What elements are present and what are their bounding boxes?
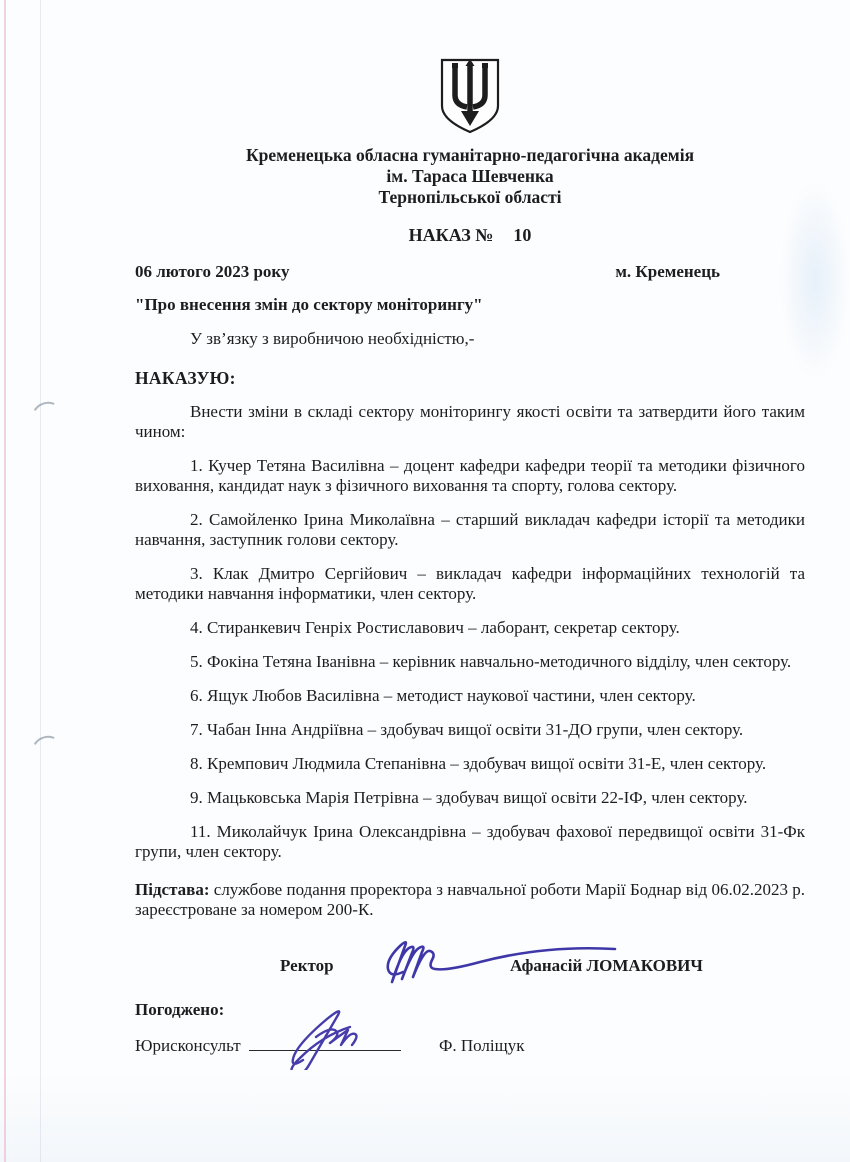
- order-item-4: 4. Стиранкевич Генріх Ростиславович – ла…: [135, 618, 805, 638]
- organization-name: Кременецька обласна гуманітарно-педагогі…: [135, 145, 805, 208]
- rector-signature-row: Ректор Афанасій ЛОМАКОВИЧ: [135, 956, 805, 982]
- order-place: м. Кременець: [615, 262, 805, 282]
- date-place-row: 06 лютого 2023 року м. Кременець: [135, 262, 805, 282]
- basis-text: службове подання проректора з навчальної…: [135, 880, 805, 919]
- document-page: Кременецька обласна гуманітарно-педагогі…: [135, 0, 805, 1057]
- legal-label: Юрисконсульт: [135, 1036, 241, 1055]
- coat-of-arms: [135, 57, 805, 135]
- agreed-label: Погоджено:: [135, 1000, 805, 1020]
- basis-paragraph: Підстава: службове подання проректора з …: [135, 880, 805, 920]
- rector-label: Ректор: [280, 956, 334, 976]
- legal-signature: [273, 1004, 393, 1070]
- order-label: НАКАЗ №: [409, 225, 494, 245]
- scan-shading: [0, 1072, 850, 1162]
- order-item-8: 8. Кремпович Людмила Степанівна – здобув…: [135, 754, 805, 774]
- ukraine-trident-shield-icon: [439, 57, 501, 135]
- order-date: 06 лютого 2023 року: [135, 262, 290, 282]
- legal-name: Ф. Поліщук: [439, 1036, 525, 1055]
- order-item-7: 7. Чабан Інна Андріївна – здобувач вищої…: [135, 720, 805, 740]
- org-line-1: Кременецька обласна гуманітарно-педагогі…: [135, 145, 805, 166]
- basis-label: Підстава:: [135, 880, 210, 899]
- preamble: У зв’язку з виробничою необхідністю,-: [135, 329, 805, 349]
- order-subject: "Про внесення змін до сектору моніторинг…: [135, 295, 805, 315]
- scan-edge-line: [40, 0, 41, 1162]
- order-item-1: 1. Кучер Тетяна Василівна – доцент кафед…: [135, 456, 805, 496]
- scan-edge-line: [4, 0, 6, 1162]
- intro-paragraph: Внести зміни в складі сектору моніторинг…: [135, 402, 805, 442]
- org-line-2: ім. Тараса Шевченка: [135, 166, 805, 187]
- decree-word: НАКАЗУЮ:: [135, 368, 805, 388]
- order-item-2: 2. Самойленко Ірина Миколаївна – старший…: [135, 510, 805, 550]
- scan-arc-artifact: [29, 732, 66, 766]
- order-title: НАКАЗ №10: [135, 225, 805, 245]
- legal-signature-row: Юрисконсульт Ф. Поліщук: [135, 1034, 805, 1057]
- scan-arc-artifact: [29, 398, 66, 432]
- order-item-3: 3. Клак Дмитро Сергійович – викладач каф…: [135, 564, 805, 604]
- order-item-9: 9. Мацьковська Марія Петрівна – здобувач…: [135, 788, 805, 808]
- order-item-5: 5. Фокіна Тетяна Іванівна – керівник нав…: [135, 652, 805, 672]
- order-item-11: 11. Миколайчук Ірина Олександрівна – здо…: [135, 822, 805, 862]
- order-item-6: 6. Ящук Любов Василівна – методист науко…: [135, 686, 805, 706]
- order-number: 10: [513, 225, 531, 245]
- org-line-3: Тернопільської області: [135, 187, 805, 208]
- rector-name: Афанасій ЛОМАКОВИЧ: [510, 956, 703, 976]
